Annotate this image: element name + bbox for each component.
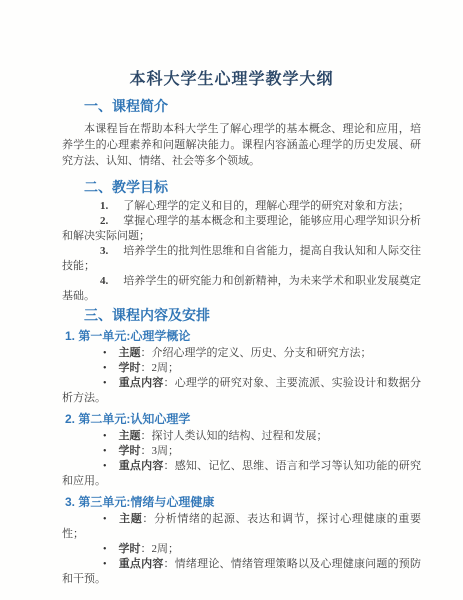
item-number: 4. (100, 275, 123, 287)
unit-heading-2: 2. 第二单元:认知心理学 (62, 412, 421, 427)
colon-separator: ： (164, 460, 175, 472)
bullet-text: 2周； (152, 362, 180, 374)
bullet-icon: • (103, 431, 119, 442)
unit-heading-3: 3. 第三单元:情绪与心理健康 (62, 495, 421, 510)
colon-separator: ： (141, 430, 152, 442)
unit-1-bullets: •主题：介绍心理学的定义、历史、分支和研究方法； •学时：2周； •重点内容：心… (62, 346, 421, 406)
section-heading-objectives: 二、教学目标 (62, 178, 421, 197)
bullet-label: 主题 (119, 430, 141, 442)
bullet-row: •重点内容：心理学的研究对象、主要流派、实验设计和数据分析方法。 (62, 376, 421, 406)
objective-item: 1.了解心理学的定义和目的，理解心理学的研究对象和方法； (62, 199, 421, 214)
bullet-label: 学时 (119, 362, 141, 374)
item-number: 3. (100, 245, 123, 257)
bullet-label: 学时 (119, 543, 141, 555)
bullet-label: 重点内容 (119, 460, 164, 472)
bullet-icon: • (103, 378, 119, 389)
bullet-row: •学时：2周； (62, 542, 421, 557)
objective-item: 4.培养学生的研究能力和创新精神，为未来学术和职业发展奠定基础。 (62, 274, 421, 304)
unit-2-bullets: •主题：探讨人类认知的结构、过程和发展； •学时：3周； •重点内容：感知、记忆… (62, 429, 421, 489)
bullet-row: •学时：3周； (62, 444, 421, 459)
bullet-row: •主题：介绍心理学的定义、历史、分支和研究方法； (62, 346, 421, 361)
bullet-label: 学时 (119, 445, 141, 457)
bullet-icon: • (103, 446, 119, 457)
colon-separator: ： (141, 347, 152, 359)
unit-heading-1: 1. 第一单元:心理学概论 (62, 329, 421, 344)
colon-separator: ： (142, 513, 154, 525)
colon-separator: ： (141, 445, 152, 457)
bullet-row: •重点内容：感知、记忆、思维、语言和学习等认知功能的研究和应用。 (62, 459, 421, 489)
bullet-row: •重点内容：情绪理论、情绪管理策略以及心理健康问题的预防和干预。 (62, 557, 421, 587)
bullet-icon: • (103, 559, 119, 570)
item-text: 了解心理学的定义和目的，理解心理学的研究对象和方法； (123, 200, 409, 212)
bullet-label: 重点内容 (119, 377, 164, 389)
bullet-text: 介绍心理学的定义、历史、分支和研究方法； (152, 347, 372, 359)
section-heading-content: 三、课程内容及安排 (62, 306, 421, 325)
item-number: 2. (100, 215, 123, 227)
bullet-row: •主题：分析情绪的起源、表达和调节，探讨心理健康的重要性； (62, 512, 421, 542)
bullet-label: 主题 (119, 513, 143, 525)
unit-3-bullets: •主题：分析情绪的起源、表达和调节，探讨心理健康的重要性； •学时：2周； •重… (62, 512, 421, 587)
bullet-text: 3周； (152, 445, 180, 457)
bullet-icon: • (103, 514, 119, 525)
bullet-icon: • (103, 461, 119, 472)
objective-item: 2.掌握心理学的基本概念和主要理论，能够应用心理学知识分析和解决实际问题； (62, 214, 421, 244)
bullet-icon: • (103, 544, 119, 555)
colon-separator: ： (164, 558, 175, 570)
colon-separator: ： (141, 362, 152, 374)
section-heading-intro: 一、课程简介 (62, 97, 421, 116)
objective-item: 3.培养学生的批判性思维和自省能力，提高自我认知和人际交往技能； (62, 244, 421, 274)
colon-separator: ： (164, 377, 175, 389)
intro-paragraph: 本课程旨在帮助本科大学生了解心理学的基本概念、理论和应用，培养学生的心理素养和问… (62, 121, 421, 169)
bullet-label: 重点内容 (119, 558, 164, 570)
bullet-icon: • (103, 363, 119, 374)
doc-title: 本科大学生心理学教学大纲 (42, 70, 421, 90)
document-page: 本科大学生心理学教学大纲 一、课程简介 本课程旨在帮助本科大学生了解心理学的基本… (0, 0, 463, 600)
bullet-text: 探讨人类认知的结构、过程和发展； (152, 430, 328, 442)
bullet-row: •学时：2周； (62, 361, 421, 376)
bullet-row: •主题：探讨人类认知的结构、过程和发展； (62, 429, 421, 444)
bullet-text: 2周； (152, 543, 180, 555)
colon-separator: ： (141, 543, 152, 555)
bullet-icon: • (103, 348, 119, 359)
objectives-list: 1.了解心理学的定义和目的，理解心理学的研究对象和方法； 2.掌握心理学的基本概… (62, 199, 421, 304)
item-number: 1. (100, 200, 123, 212)
bullet-label: 主题 (119, 347, 141, 359)
